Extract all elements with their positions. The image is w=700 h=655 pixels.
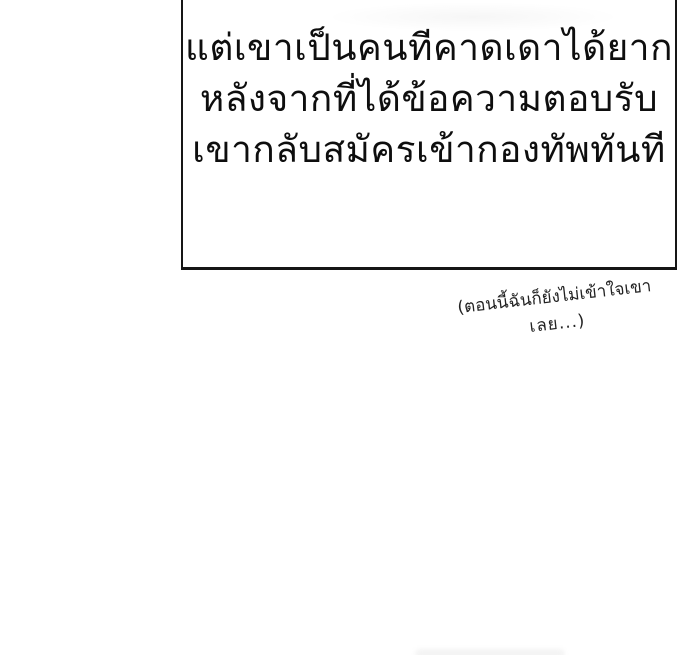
narration-line-2: หลังจากที่ได้ข้อความตอบรับ <box>183 73 675 124</box>
narration-text: แต่เขาเป็นคนทีคาดเดาได้ยาก หลังจากที่ได้… <box>183 22 675 175</box>
narration-box: แต่เขาเป็นคนทีคาดเดาได้ยาก หลังจากที่ได้… <box>181 0 677 270</box>
handwritten-caption: (ตอนนี้ฉันก็ยังไม่เข้าใจเขา เลย...) <box>418 269 694 353</box>
comic-page: แต่เขาเป็นคนทีคาดเดาได้ยาก หลังจากที่ได้… <box>0 0 700 655</box>
narration-line-1: แต่เขาเป็นคนทีคาดเดาได้ยาก <box>183 22 675 73</box>
narration-line-3: เขากลับสมัครเข้ากองทัพทันที <box>183 124 675 175</box>
cutoff-content-smudge <box>415 649 565 655</box>
